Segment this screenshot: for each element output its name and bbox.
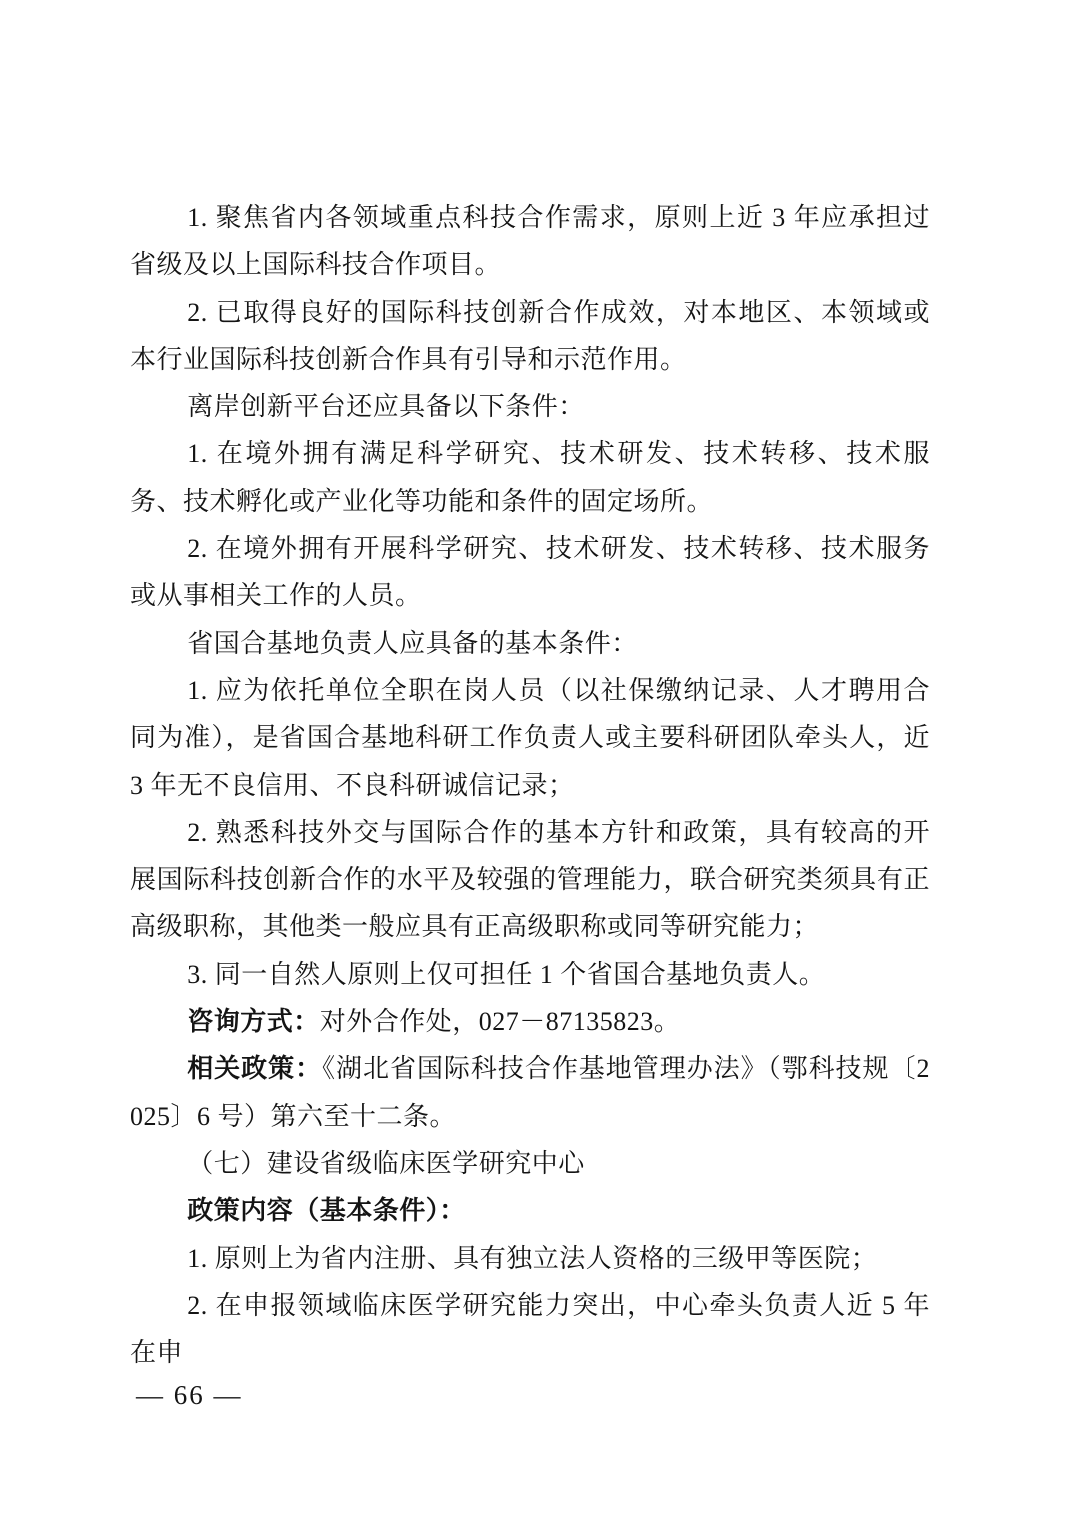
- document-body: 1. 聚焦省内各领域重点科技合作需求，原则上近 3 年应承担过省级及以上国际科技…: [130, 194, 930, 1376]
- section-heading-7: （七）建设省级临床医学研究中心: [130, 1140, 930, 1187]
- paragraph-text: 1. 聚焦省内各领域重点科技合作需求，原则上近 3 年应承担过省级及以上国际科技…: [130, 203, 930, 279]
- paragraph-text: 2. 已取得良好的国际科技创新合作成效，对本地区、本领域或本行业国际科技创新合作…: [130, 298, 930, 374]
- paragraph-text: 3. 同一自然人原则上仅可担任 1 个省国合基地负责人。: [187, 960, 825, 989]
- paragraph-leader-condition-3: 3. 同一自然人原则上仅可担任 1 个省国合基地负责人。: [130, 951, 930, 998]
- paragraph-text: 2. 熟悉科技外交与国际合作的基本方针和政策，具有较高的开展国际科技创新合作的水…: [130, 818, 930, 942]
- paragraph-text: 2. 在境外拥有开展科学研究、技术研发、技术转移、技术服务或从事相关工作的人员。: [130, 534, 930, 610]
- policy-content-label: 政策内容（基本条件）：: [187, 1196, 466, 1225]
- consultation-value: 对外合作处，027－87135823。: [320, 1007, 681, 1036]
- paragraph-offshore-condition-1: 1. 在境外拥有满足科学研究、技术研发、技术转移、技术服务、技术孵化或产业化等功…: [130, 430, 930, 525]
- paragraph-clinical-condition-2: 2. 在申报领域临床医学研究能力突出，中心牵头负责人近 5 年在申: [130, 1282, 930, 1377]
- consultation-label: 咨询方式：: [187, 1007, 320, 1036]
- paragraph-offshore-condition-2: 2. 在境外拥有开展科学研究、技术研发、技术转移、技术服务或从事相关工作的人员。: [130, 525, 930, 620]
- paragraph-leader-condition-1: 1. 应为依托单位全职在岗人员（以社保缴纳记录、人才聘用合同为准），是省国合基地…: [130, 667, 930, 809]
- paragraph-related-policy: 相关政策：《湖北省国际科技合作基地管理办法》（鄂科技规〔2025〕6 号）第六至…: [130, 1045, 930, 1140]
- paragraph-text: 离岸创新平台还应具备以下条件：: [187, 392, 585, 421]
- paragraph-leader-conditions-intro: 省国合基地负责人应具备的基本条件：: [130, 620, 930, 667]
- document-page: 1. 聚焦省内各领域重点科技合作需求，原则上近 3 年应承担过省级及以上国际科技…: [0, 0, 1074, 1520]
- paragraph-text: 2. 在申报领域临床医学研究能力突出，中心牵头负责人近 5 年在申: [130, 1291, 930, 1367]
- section-heading-text: （七）建设省级临床医学研究中心: [187, 1149, 585, 1178]
- page-footer: — 66 —: [136, 1380, 243, 1411]
- paragraph-clinical-condition-1: 1. 原则上为省内注册、具有独立法人资格的三级甲等医院；: [130, 1235, 930, 1282]
- related-policy-label: 相关政策：: [187, 1054, 322, 1083]
- page-number: — 66 —: [136, 1380, 243, 1410]
- paragraph-text: 省国合基地负责人应具备的基本条件：: [187, 629, 638, 658]
- paragraph-policy-content-label: 政策内容（基本条件）：: [130, 1187, 930, 1234]
- paragraph-text: 1. 在境外拥有满足科学研究、技术研发、技术转移、技术服务、技术孵化或产业化等功…: [130, 439, 930, 515]
- paragraph-text: 1. 应为依托单位全职在岗人员（以社保缴纳记录、人才聘用合同为准），是省国合基地…: [130, 676, 930, 800]
- paragraph-consultation: 咨询方式：对外合作处，027－87135823。: [130, 998, 930, 1045]
- paragraph-text: 1. 原则上为省内注册、具有独立法人资格的三级甲等医院；: [187, 1244, 877, 1273]
- paragraph-leader-condition-2: 2. 熟悉科技外交与国际合作的基本方针和政策，具有较高的开展国际科技创新合作的水…: [130, 809, 930, 951]
- paragraph-requirement-1: 1. 聚焦省内各领域重点科技合作需求，原则上近 3 年应承担过省级及以上国际科技…: [130, 194, 930, 289]
- paragraph-requirement-2: 2. 已取得良好的国际科技创新合作成效，对本地区、本领域或本行业国际科技创新合作…: [130, 289, 930, 384]
- paragraph-offshore-platform-intro: 离岸创新平台还应具备以下条件：: [130, 383, 930, 430]
